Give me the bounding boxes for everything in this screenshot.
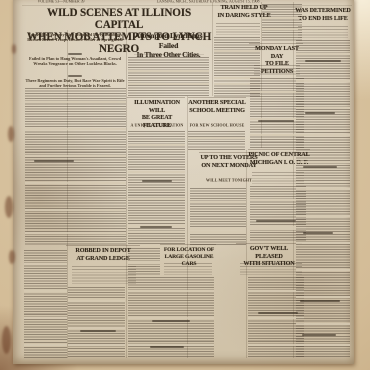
paragraph-subhead — [256, 220, 296, 222]
body-text-column — [190, 188, 246, 245]
body-text-column — [188, 131, 245, 151]
paragraph-subhead — [80, 330, 116, 332]
paper-stain — [2, 326, 11, 354]
headline-school-meeting: ANOTHER SPECIAL SCHOOL MEETING — [188, 99, 246, 114]
body-text-column — [262, 4, 302, 42]
paragraph-subhead — [305, 60, 341, 62]
paragraph-subhead — [140, 226, 172, 228]
column-rule — [246, 150, 247, 358]
attempted-lynchings-subhead: Attempted Lynchings Failed In Three Othe… — [127, 31, 210, 60]
photo-backdrop: VOLUME 53—NUMBER 39 LANSING, MICH., SATU… — [0, 0, 370, 370]
paragraph-subhead — [303, 232, 333, 234]
school-subhead: FOR NEW SCHOOL HOUSE — [189, 123, 245, 129]
paragraph-subhead — [34, 160, 74, 162]
paper-stain — [9, 250, 15, 264]
deck-separator — [68, 53, 82, 55]
illumination-subhead: A UNIQUE CELEBRATION — [129, 123, 185, 129]
headline-was-determined: WAS DETERMINED TO END HIS LIFE — [294, 7, 352, 22]
voters-sub-text: WILL MEET TONIGHT — [202, 178, 256, 183]
paragraph-subhead — [300, 300, 340, 302]
lead-deck-2: Failed in Plan to Hang Woman's Assailant… — [25, 56, 125, 74]
paragraph-subhead — [152, 320, 190, 322]
voters-subhead: WILL MEET TONIGHT — [202, 178, 256, 184]
body-text-column — [128, 57, 209, 97]
deck-text — [72, 266, 136, 284]
lead-headline-line1: WILD SCENES AT ILLINOIS CAPITAL — [27, 7, 211, 31]
illumination-line1: ILLUMINATION WILL — [128, 99, 186, 114]
column-rule — [212, 2, 213, 96]
body-text-column — [128, 248, 160, 276]
paragraph-subhead — [305, 112, 335, 114]
deck-text — [240, 263, 302, 275]
lead-deck-1: Two Killed, Seventy-Five Hurt and Forty … — [25, 32, 125, 52]
lead-deck-3-text: Three Regiments on Duty, But Race War Sp… — [25, 78, 125, 88]
body-text-column — [296, 40, 350, 358]
column-rule — [126, 28, 127, 358]
body-text-column — [25, 88, 126, 246]
paper-stain — [12, 44, 16, 54]
deck-text — [216, 23, 260, 35]
paper-stain — [8, 126, 14, 142]
paragraph-subhead — [258, 312, 298, 314]
school-line2: SCHOOL MEETING — [188, 107, 246, 115]
body-text-column — [68, 287, 125, 358]
story-rule — [188, 97, 246, 98]
story-rule — [199, 152, 257, 153]
school-sub-text: FOR NEW SCHOOL HOUSE — [189, 123, 245, 128]
determined-line1: WAS DETERMINED — [294, 7, 352, 15]
deck-text — [298, 26, 348, 38]
paragraph-subhead — [150, 346, 184, 348]
school-line1: ANOTHER SPECIAL — [188, 99, 246, 107]
paragraph-subhead — [303, 166, 337, 168]
determined-line2: TO END HIS LIFE — [294, 15, 352, 23]
subhead-rule — [134, 54, 204, 55]
deck-separator — [68, 75, 82, 77]
paper-stain — [5, 196, 13, 218]
deck-text — [164, 263, 212, 275]
story-rule — [127, 97, 185, 98]
illumination-sub-text: A UNIQUE CELEBRATION — [129, 123, 185, 128]
paragraph-subhead — [258, 120, 294, 122]
deck-text — [254, 65, 300, 76]
body-text-column — [24, 250, 67, 358]
lead-deck-2-text: Failed in Plan to Hang Woman's Assailant… — [25, 56, 125, 66]
attempted-line1: Attempted Lynchings Failed — [127, 31, 210, 51]
masthead-rule — [22, 5, 352, 6]
paragraph-subhead — [302, 334, 336, 336]
lead-deck-1-text: Two Killed, Seventy-Five Hurt and Forty … — [25, 32, 125, 42]
paragraph-subhead — [142, 180, 172, 182]
masthead-volume-text: VOLUME 53—NUMBER 39 — [24, 0, 98, 4]
